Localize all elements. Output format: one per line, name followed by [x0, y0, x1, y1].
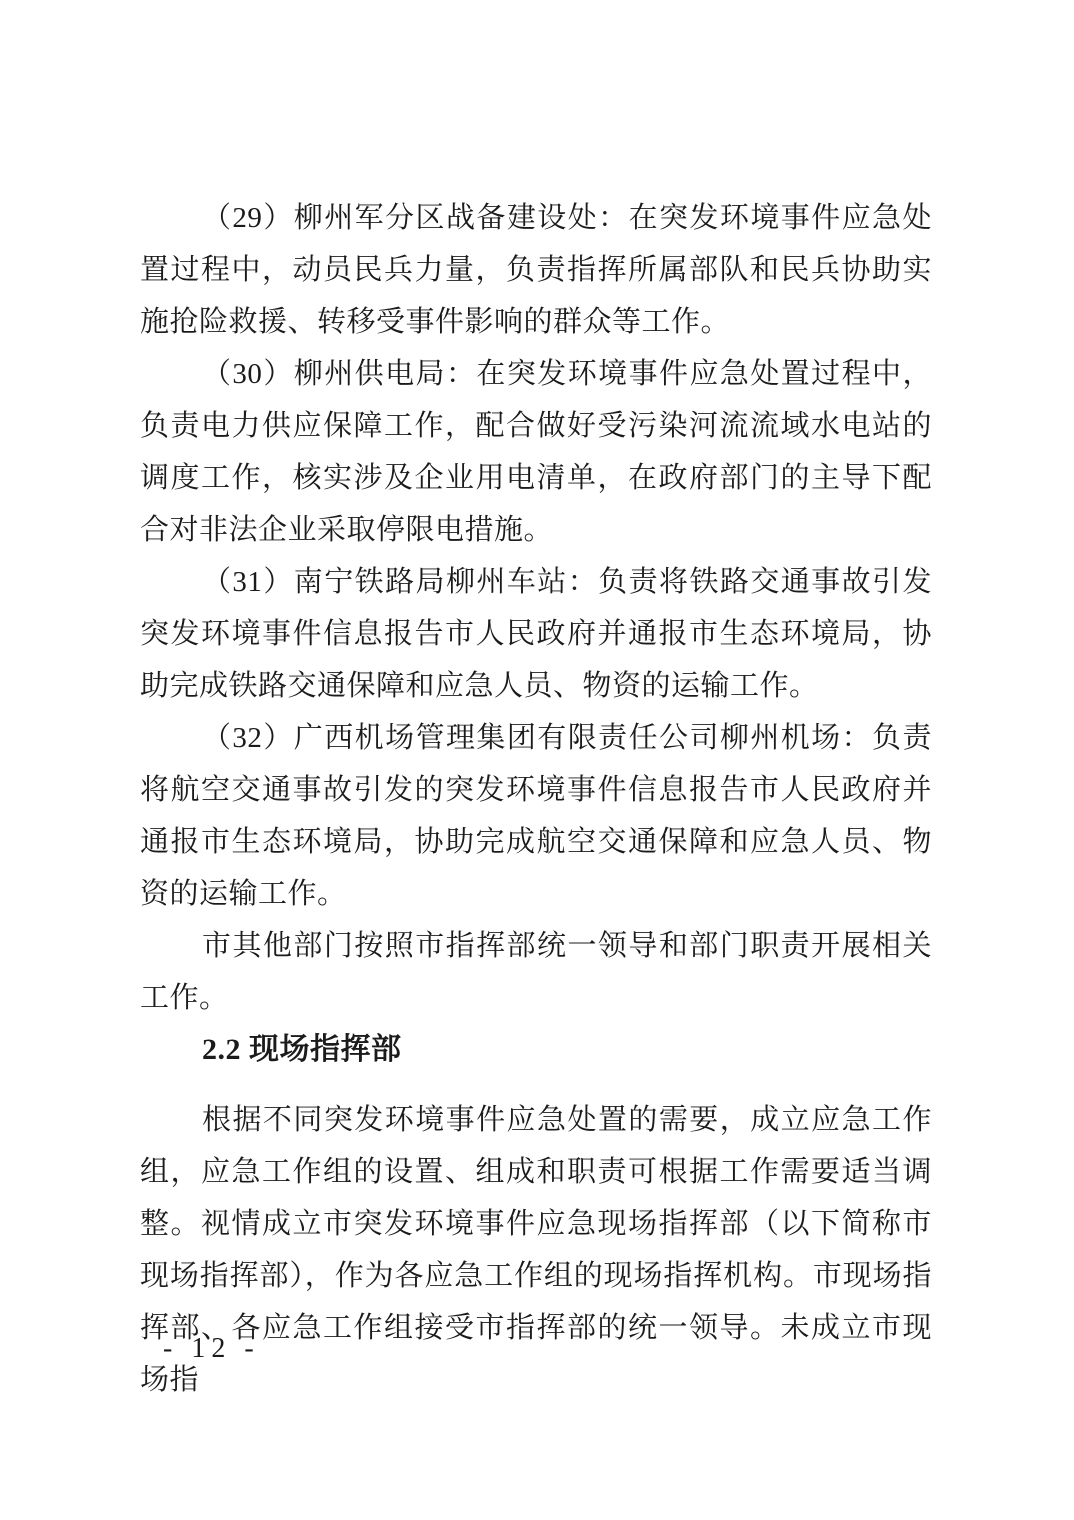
page-number: - 12 - [163, 1332, 260, 1366]
paragraph-item-31: （31）南宁铁路局柳州车站：负责将铁路交通事故引发突发环境事件信息报告市人民政府… [140, 556, 932, 712]
section-heading-2-2: 2.2 现场指挥部 [140, 1024, 932, 1076]
document-page: （29）柳州军分区战备建设处：在突发环境事件应急处置过程中，动员民兵力量，负责指… [0, 0, 1074, 1520]
paragraph-item-32: （32）广西机场管理集团有限责任公司柳州机场：负责将航空交通事故引发的突发环境事… [140, 712, 932, 920]
document-body: （29）柳州军分区战备建设处：在突发环境事件应急处置过程中，动员民兵力量，负责指… [140, 192, 932, 1406]
paragraph-item-29: （29）柳州军分区战备建设处：在突发环境事件应急处置过程中，动员民兵力量，负责指… [140, 192, 932, 348]
paragraph-other-departments: 市其他部门按照市指挥部统一领导和部门职责开展相关工作。 [140, 920, 932, 1024]
paragraph-item-30: （30）柳州供电局：在突发环境事件应急处置过程中，负责电力供应保障工作，配合做好… [140, 348, 932, 556]
